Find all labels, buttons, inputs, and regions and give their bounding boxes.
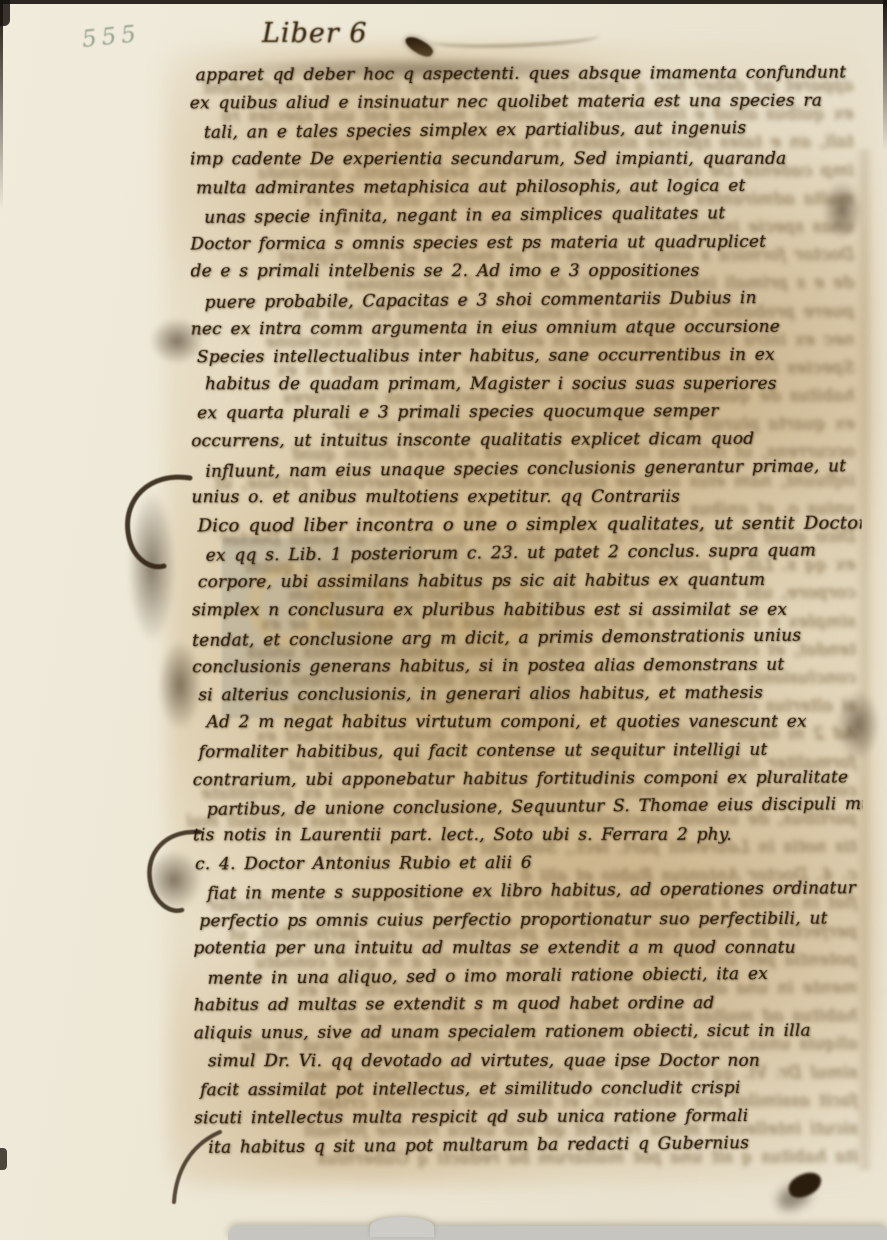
scan-edge-top (0, 0, 887, 4)
manuscript-line: fiat in mente s suppositione ex libro ha… (207, 875, 863, 909)
manuscript-line: unas specie infinita, negant in ea simpl… (204, 198, 860, 232)
manuscript-line: simul Dr. Vi. qq devotado ad virtutes, q… (208, 1046, 864, 1075)
manuscript-line: imp cadente De experientia secundarum, S… (190, 144, 860, 173)
manuscript-line: partibus, de unione conclusione, Sequunt… (207, 790, 863, 824)
manuscript-line: multa admirantes metaphisica aut philoso… (196, 171, 860, 202)
manuscript-line: unius o. et anibus multotiens expetitur.… (191, 483, 861, 512)
manuscript-line: occurrens, ut intuitus insconte qualitat… (191, 425, 861, 456)
manuscript-line: ex quarta plurali e 3 primali species qu… (197, 397, 861, 428)
manuscript-line: Species intellectualibus inter habitus, … (197, 340, 861, 371)
handwritten-text-block: apparet qd deber hoc q aspectenti. ques … (190, 59, 865, 1170)
manuscript-line: tali, an e tales species simplex ex part… (204, 113, 860, 147)
scan-edge-right (883, 0, 887, 150)
ink-smudge (822, 180, 862, 240)
manuscript-line: corpore, ubi assimilans habitus ps sic a… (198, 566, 862, 597)
scan-edge-bottom-left (0, 1148, 7, 1170)
manuscript-line: tendat, et conclusione arg m dicit, a pr… (192, 621, 862, 655)
manuscript-line: aliquis unus, sive ad unam specialem rat… (194, 1017, 864, 1048)
manuscript-line: contrarium, ubi apponebatur habitus fort… (193, 763, 863, 794)
manuscript-line: sicuti intellectus multa respicit qd sub… (194, 1101, 864, 1132)
manuscript-line: influunt, nam eius unaque species conclu… (205, 452, 861, 486)
manuscript-scan-page: 555 Liber 6 apparet qd deber hoc q aspec… (0, 0, 887, 1240)
manuscript-line: habitus de quadam primam, Magister i soc… (205, 370, 861, 399)
ink-flourish (168, 1128, 228, 1208)
ink-smudge (128, 492, 176, 642)
folio-number: 555 (81, 21, 142, 53)
manuscript-line: habitus ad multas se extendit s m quod h… (194, 989, 864, 1020)
ink-smudge (146, 850, 202, 910)
ink-smudge (150, 318, 204, 364)
manuscript-line: mente in una aliquo, sed o imo morali ra… (207, 959, 863, 993)
manuscript-line: Ad 2 m negat habitus virtutum componi, e… (206, 708, 862, 737)
manuscript-line: Dico quod liber incontra o une o simplex… (198, 510, 862, 541)
manuscript-line: nec ex intra comm argumenta in eius omni… (191, 312, 861, 343)
page-edge-bump (370, 1217, 434, 1237)
manuscript-line: simplex n conclusura ex pluribus habitib… (192, 595, 862, 624)
manuscript-line: si alterius conclusionis, in generari al… (198, 679, 862, 710)
ink-smudge (158, 640, 202, 730)
manuscript-line: ex qq s. Lib. 1 posteriorum c. 23. ut pa… (206, 536, 862, 570)
page-bottom-edge (228, 1226, 887, 1240)
ink-smudge (836, 690, 880, 760)
manuscript-line: puere probabile, Capacitas e 3 shoi comm… (205, 283, 861, 317)
manuscript-line: Doctor formica s omnis species est ps ma… (190, 228, 860, 259)
manuscript-line: perfectio ps omnis cuius perfectio propo… (199, 904, 863, 935)
manuscript-line: formaliter habitibus, qui facit contense… (199, 735, 863, 766)
ink-lines: apparet qd deber hoc q aspectenti. ques … (190, 59, 865, 1170)
manuscript-line: ita habitus q sit una pot multarum ba re… (208, 1128, 864, 1162)
manuscript-line: potentia per una intuitu ad multas se ex… (193, 934, 863, 963)
manuscript-line: de e s primali intelbenis se 2. Ad imo e… (190, 257, 860, 286)
page-title: Liber 6 (262, 18, 368, 49)
manuscript-line: facit assimilat pot intellectus, et simi… (200, 1073, 864, 1104)
ink-smudge (210, 56, 630, 82)
manuscript-line: conclusionis generans habitus, si in pos… (192, 650, 862, 681)
manuscript-line: tis notis in Laurentii part. lect., Soto… (193, 821, 863, 850)
scan-edge-left (0, 0, 3, 210)
